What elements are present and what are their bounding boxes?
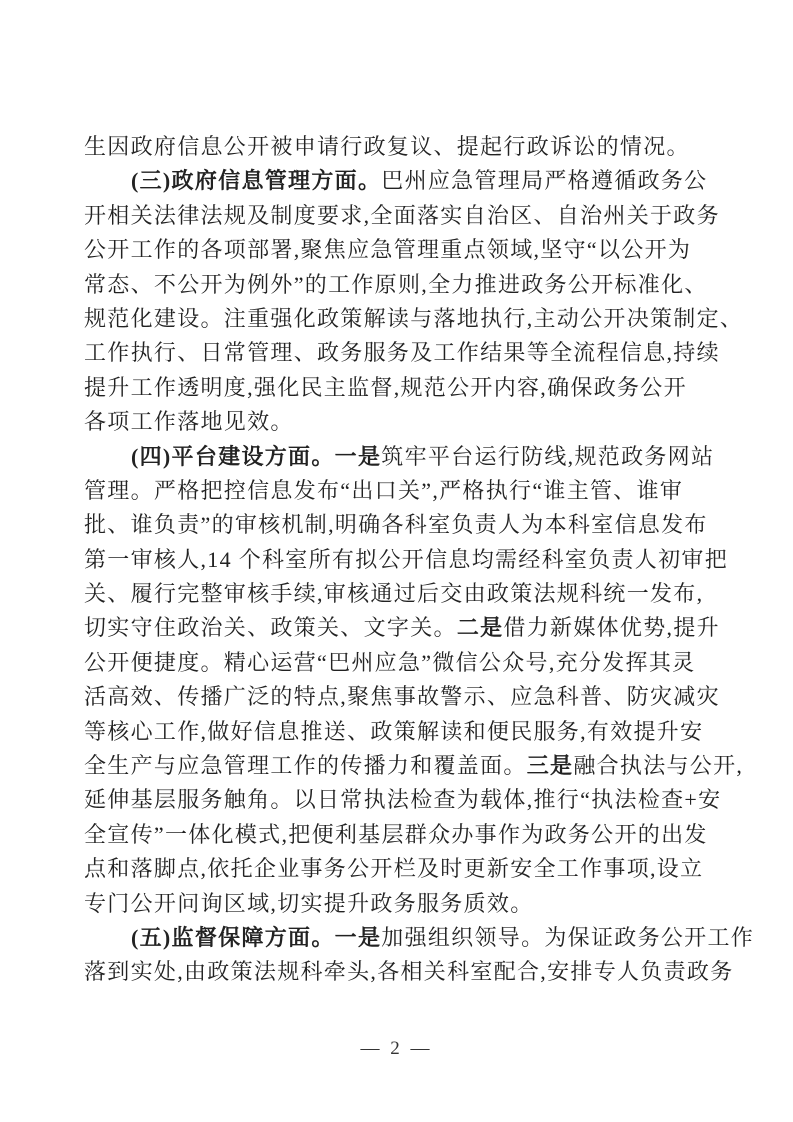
text-line: 活高效、传播广泛的特点,聚焦事故警示、应急科普、防灾减灾 [84, 680, 714, 714]
text-run: 工作执行、日常管理、政务服务及工作结果等全流程信息,持续 [84, 340, 720, 365]
bold-text-run: 三是 [527, 753, 574, 778]
text-line: 第一审核人,14 个科室所有拟公开信息均需经科室负责人初审把 [84, 543, 714, 577]
text-run: 巴州应急管理局严格遵循政务公 [381, 168, 707, 193]
bold-text-run: (三)政府信息管理方面。 [131, 168, 381, 193]
bold-text-run: 一是 [335, 925, 382, 950]
paragraph: 生因政府信息公开被申请行政复议、提起行政诉讼的情况。 [84, 130, 714, 164]
page-number: — 2 — [361, 1038, 433, 1059]
text-run: 各项工作落地见效。 [84, 409, 294, 434]
paragraph: (四)平台建设方面。一是筑牢平台运行防线,规范政务网站管理。严格把控信息发布“出… [84, 440, 714, 921]
text-run: 管理。严格把控信息发布“出口关”,严格执行“谁主管、谁审 [84, 478, 683, 503]
text-run: 等核心工作,做好信息推送、政策解读和便民服务,有效提升安 [84, 719, 703, 744]
text-line: 点和落脚点,依托企业事务公开栏及时更新安全工作事项,设立 [84, 852, 714, 886]
text-line: (五)监督保障方面。一是加强组织领导。为保证政务公开工作 [84, 921, 714, 955]
text-line: 全宣传”一体化模式,把便利基层群众办事作为政务公开的出发 [84, 818, 714, 852]
text-line: 管理。严格把控信息发布“出口关”,严格执行“谁主管、谁审 [84, 474, 714, 508]
text-line: 全生产与应急管理工作的传播力和覆盖面。三是融合执法与公开, [84, 749, 714, 783]
text-line: 生因政府信息公开被申请行政复议、提起行政诉讼的情况。 [84, 130, 714, 164]
text-run: 全生产与应急管理工作的传播力和覆盖面。 [84, 753, 527, 778]
bold-text-run: 一是 [335, 444, 382, 469]
text-run: 借力新媒体优势,提升 [503, 615, 720, 640]
text-run: 常态、不公开为例外”的工作原则,全力推进政务公开标准化、 [84, 272, 708, 297]
bold-text-run: (五)监督保障方面。 [131, 925, 335, 950]
text-run: 生因政府信息公开被申请行政复议、提起行政诉讼的情况。 [84, 134, 690, 159]
document-page: 生因政府信息公开被申请行政复议、提起行政诉讼的情况。(三)政府信息管理方面。巴州… [0, 0, 793, 1122]
text-line: 切实守住政治关、政策关、文字关。二是借力新媒体优势,提升 [84, 611, 714, 645]
document-body: 生因政府信息公开被申请行政复议、提起行政诉讼的情况。(三)政府信息管理方面。巴州… [84, 130, 714, 990]
text-run: 延伸基层服务触角。以日常执法检查为载体,推行“执法检查+安 [84, 787, 721, 812]
text-line: 规范化建设。注重强化政策解读与落地执行,主动公开决策制定、 [84, 302, 714, 336]
text-line: 提升工作透明度,强化民主监督,规范公开内容,确保政务公开 [84, 371, 714, 405]
text-run: 关、履行完整审核手续,审核通过后交由政策法规科统一发布, [84, 581, 703, 606]
text-line: 关、履行完整审核手续,审核通过后交由政策法规科统一发布, [84, 577, 714, 611]
text-line: 公开工作的各项部署,聚焦应急管理重点领域,坚守“以公开为 [84, 233, 714, 267]
text-run: 批、谁负责”的审核机制,明确各科室负责人为本科室信息发布 [84, 512, 708, 537]
text-line: 落到实处,由政策法规科牵头,各相关科室配合,安排专人负责政务 [84, 955, 714, 989]
text-run: 公开工作的各项部署,聚焦应急管理重点领域,坚守“以公开为 [84, 237, 691, 262]
text-line: 各项工作落地见效。 [84, 405, 714, 439]
text-line: 批、谁负责”的审核机制,明确各科室负责人为本科室信息发布 [84, 508, 714, 542]
text-run: 切实守住政治关、政策关、文字关。 [84, 615, 457, 640]
paragraph: (五)监督保障方面。一是加强组织领导。为保证政务公开工作落到实处,由政策法规科牵… [84, 921, 714, 990]
text-line: 工作执行、日常管理、政务服务及工作结果等全流程信息,持续 [84, 336, 714, 370]
text-run: 第一审核人,14 个科室所有拟公开信息均需经科室负责人初审把 [84, 547, 728, 572]
text-line: (四)平台建设方面。一是筑牢平台运行防线,规范政务网站 [84, 440, 714, 474]
text-run: 筑牢平台运行防线,规范政务网站 [381, 444, 714, 469]
text-run: 加强组织领导。为保证政务公开工作 [381, 925, 754, 950]
text-run: 专门公开问询区域,切实提升政务服务质效。 [84, 891, 534, 916]
paragraph: (三)政府信息管理方面。巴州应急管理局严格遵循政务公开相关法律法规及制度要求,全… [84, 164, 714, 439]
text-run: 公开便捷度。精心运营“巴州应急”微信公众号,充分发挥其灵 [84, 650, 695, 675]
text-run: 点和落脚点,依托企业事务公开栏及时更新安全工作事项,设立 [84, 856, 703, 881]
text-line: 公开便捷度。精心运营“巴州应急”微信公众号,充分发挥其灵 [84, 646, 714, 680]
text-run: 融合执法与公开, [573, 753, 743, 778]
page-footer: — 2 — [0, 1038, 793, 1060]
text-line: 常态、不公开为例外”的工作原则,全力推进政务公开标准化、 [84, 268, 714, 302]
text-line: 开相关法律法规及制度要求,全面落实自治区、自治州关于政务 [84, 199, 714, 233]
text-line: 等核心工作,做好信息推送、政策解读和便民服务,有效提升安 [84, 715, 714, 749]
text-line: (三)政府信息管理方面。巴州应急管理局严格遵循政务公 [84, 164, 714, 198]
text-line: 延伸基层服务触角。以日常执法检查为载体,推行“执法检查+安 [84, 783, 714, 817]
text-run: 提升工作透明度,强化民主监督,规范公开内容,确保政务公开 [84, 375, 687, 400]
text-run: 规范化建设。注重强化政策解读与落地执行,主动公开决策制定、 [84, 306, 743, 331]
text-run: 全宣传”一体化模式,把便利基层群众办事作为政务公开的出发 [84, 822, 708, 847]
text-line: 专门公开问询区域,切实提升政务服务质效。 [84, 887, 714, 921]
bold-text-run: (四)平台建设方面。 [131, 444, 335, 469]
bold-text-run: 二是 [457, 615, 504, 640]
text-run: 落到实处,由政策法规科牵头,各相关科室配合,安排专人负责政务 [84, 959, 734, 984]
text-run: 活高效、传播广泛的特点,聚焦事故警示、应急科普、防灾减灾 [84, 684, 720, 709]
text-run: 开相关法律法规及制度要求,全面落实自治区、自治州关于政务 [84, 203, 720, 228]
